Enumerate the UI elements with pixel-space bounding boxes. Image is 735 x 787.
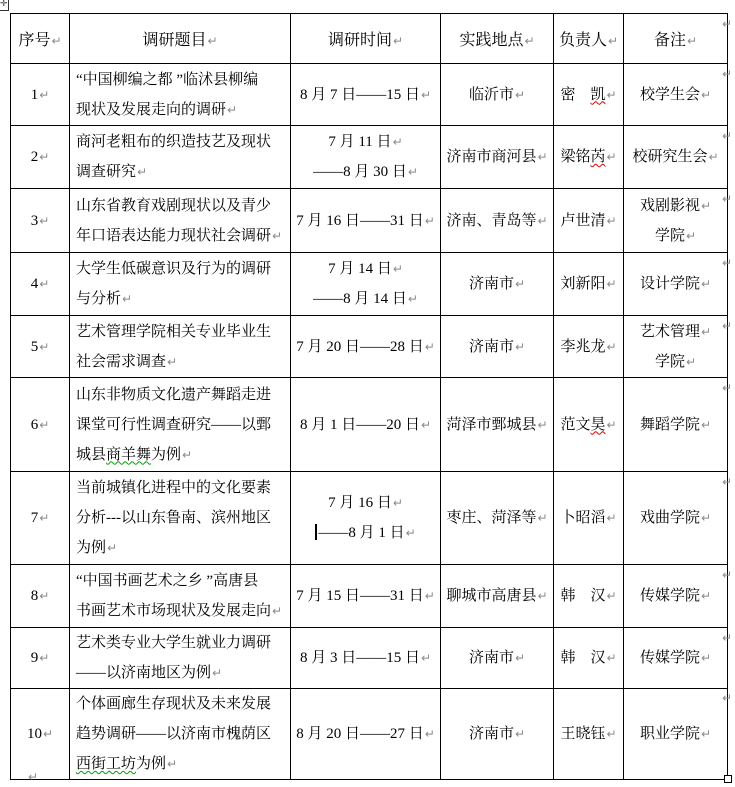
text-run: 艺术管理学院相关专业毕业生 xyxy=(76,324,271,340)
paragraph-mark-icon: ↵ xyxy=(606,277,616,291)
paragraph-mark-icon: ↵ xyxy=(701,651,711,665)
cell-num[interactable]: 8↵ xyxy=(11,565,70,628)
text-run: 当前城镇化进程中的文化要素 xyxy=(76,480,271,496)
table-resize-handle[interactable] xyxy=(724,775,732,783)
paragraph-mark-icon: ↵ xyxy=(515,651,525,665)
paragraph-mark-icon: ↵ xyxy=(701,277,711,291)
end-of-row-mark-icon: ↵ xyxy=(722,631,732,645)
paragraph-mark-icon: ↵ xyxy=(207,34,217,48)
text-run: 8 月 20 日——27 日 xyxy=(296,726,424,742)
header-cell-leader[interactable]: 负责人↵ xyxy=(554,14,624,64)
cell-place[interactable]: 济南市↵ xyxy=(441,628,554,689)
paragraph-mark-icon: ↵ xyxy=(408,292,418,306)
cell-note[interactable]: 戏曲学院↵ xyxy=(624,472,728,565)
paragraph-mark-icon: ↵ xyxy=(537,214,547,228)
cell-leader[interactable]: 范文昊↵ xyxy=(554,378,624,472)
paragraph-mark-icon: ↵ xyxy=(227,103,237,117)
table-row: 9↵艺术类专业大学生就业力调研——以济南地区为例↵8 月 3 日——15 日↵济… xyxy=(11,628,728,689)
text-run: 李兆龙 xyxy=(560,339,605,355)
paragraph-mark-icon: ↵ xyxy=(425,727,435,741)
cell-num[interactable]: 4↵ xyxy=(11,253,70,316)
header-row: 序号↵ 调研题目↵ 调研时间↵ 实践地点↵ 负责人↵ 备注↵ xyxy=(11,14,728,64)
cell-note[interactable]: 艺术管理↵学院↵ xyxy=(624,316,728,378)
text-run: 临沂市 xyxy=(469,87,514,103)
paragraph-mark-icon: ↵ xyxy=(425,589,435,603)
text-run: 7 月 14 日 xyxy=(328,261,392,277)
move-handle-glyph: ✛ xyxy=(0,0,8,9)
text-run: “中国柳编之都 ”临沭县柳编 xyxy=(76,72,258,88)
paragraph-mark-icon: ↵ xyxy=(39,589,49,603)
text-run: 济南市 xyxy=(469,650,514,666)
paragraph-mark-icon: ↵ xyxy=(39,214,49,228)
text-run: 卜昭滔 xyxy=(560,510,605,526)
table-row: 5↵艺术管理学院相关专业毕业生社会需求调查↵7 月 20 日——28 日↵济南市… xyxy=(11,316,728,378)
end-of-row-mark-icon: ↵ xyxy=(722,691,732,705)
paragraph-mark-icon: ↵ xyxy=(43,727,53,741)
text-run: 8 月 1 日——20 日 xyxy=(300,417,420,433)
cell-leader[interactable]: 王晓钰↵ xyxy=(554,689,624,780)
text-run: 艺术类专业大学生就业力调研 xyxy=(76,635,271,651)
cell-title[interactable]: 当前城镇化进程中的文化要素分析---以山东鲁南、滨州地区为例↵ xyxy=(70,472,291,565)
cell-note[interactable]: 戏剧影视↵学院↵ xyxy=(624,189,728,253)
paragraph-mark-icon: ↵ xyxy=(686,355,696,369)
text-run: 商河老粗布的织造技艺及现状 xyxy=(76,134,271,150)
paragraph-mark-icon: ↵ xyxy=(122,292,132,306)
text-run: 王晓钰 xyxy=(560,726,605,742)
text-run: 范文 xyxy=(560,417,590,433)
text-run: 书画艺术市场现状及发展走向 xyxy=(76,603,271,619)
paragraph-mark-icon: ↵ xyxy=(537,418,547,432)
paragraph-mark-icon: ↵ xyxy=(515,88,525,102)
cell-time[interactable]: 8 月 20 日——27 日↵ xyxy=(291,689,441,780)
cell-place[interactable]: 济南市↵ xyxy=(441,253,554,316)
paragraph-mark-icon: ↵ xyxy=(701,511,711,525)
text-run: ——8 月 1 日 xyxy=(318,525,404,541)
text-run: 个体画廊生存现状及未来发展 xyxy=(76,696,271,712)
cell-title[interactable]: 山东非物质文化遗产舞蹈走进课堂可行性调查研究——以鄄城县商羊舞为例↵ xyxy=(70,378,291,472)
table-row: 3↵山东省教育戏剧现状以及青少年口语表达能力现状社会调研↵7 月 16 日——3… xyxy=(11,189,728,253)
text-run: 社会需求调查 xyxy=(76,354,166,370)
paragraph-mark-icon: ↵ xyxy=(515,727,525,741)
paragraph-mark-icon: ↵ xyxy=(167,757,177,771)
paragraph-mark-icon: ↵ xyxy=(608,34,618,48)
paragraph-mark-icon: ↵ xyxy=(107,541,117,555)
paragraph-mark-icon: ↵ xyxy=(421,88,431,102)
paragraph-mark-icon: ↵ xyxy=(167,355,177,369)
text-run: 芮 xyxy=(590,149,605,165)
text-run: 昊 xyxy=(590,417,605,433)
paragraph-mark-icon: ↵ xyxy=(537,511,547,525)
table-row: 7↵当前城镇化进程中的文化要素分析---以山东鲁南、滨州地区为例↵7 月 16 … xyxy=(11,472,728,565)
header-cell-title[interactable]: 调研题目↵ xyxy=(70,14,291,64)
cell-place[interactable]: 临沂市↵ xyxy=(441,64,554,126)
text-run: 舞蹈学院 xyxy=(640,417,700,433)
header-label: 实践地点 xyxy=(459,32,523,49)
cell-time[interactable]: 8 月 1 日——20 日↵ xyxy=(291,378,441,472)
cell-leader[interactable]: 韩 汉↵ xyxy=(554,565,624,628)
text-run: 分析---以山东鲁南、滨州地区 xyxy=(76,510,271,526)
text-run: 7 xyxy=(31,510,39,526)
header-cell-num[interactable]: 序号↵ xyxy=(11,14,70,64)
text-run: 7 月 20 日——28 日 xyxy=(296,339,424,355)
cell-note[interactable]: 舞蹈学院↵ xyxy=(624,378,728,472)
header-cell-place[interactable]: 实践地点↵ xyxy=(441,14,554,64)
end-of-row-mark-icon: ↵ xyxy=(722,67,732,81)
text-run: 梁铭 xyxy=(560,149,590,165)
end-of-row-mark-icon: ↵ xyxy=(722,475,732,489)
text-run: 传媒学院 xyxy=(640,650,700,666)
text-run: 7 月 11 日 xyxy=(328,134,391,150)
text-run: 8 月 3 日——15 日 xyxy=(300,650,420,666)
text-run: 济南市 xyxy=(469,339,514,355)
text-run: 校学生会 xyxy=(640,87,700,103)
table-row: 10↵个体画廊生存现状及未来发展趋势调研——以济南市槐荫区西街工坊为例↵8 月 … xyxy=(11,689,728,780)
paragraph-mark-icon: ↵ xyxy=(701,727,711,741)
cell-num[interactable]: 6↵ xyxy=(11,378,70,472)
text-run: 城县 xyxy=(76,447,106,463)
cell-leader[interactable]: 密 凯↵ xyxy=(554,64,624,126)
paragraph-mark-icon: ↵ xyxy=(272,229,282,243)
text-run: 济南、青岛等 xyxy=(446,213,536,229)
paragraph-mark-icon: ↵ xyxy=(425,340,435,354)
cell-leader[interactable]: 李兆龙↵ xyxy=(554,316,624,378)
table-row: 4↵大学生低碳意识及行为的调研与分析↵7 月 14 日↵——8 月 14 日↵济… xyxy=(11,253,728,316)
text-run: 密 xyxy=(560,87,590,103)
cell-num[interactable]: 9↵ xyxy=(11,628,70,689)
cell-time[interactable]: 7 月 15 日——31 日↵ xyxy=(291,565,441,628)
paragraph-mark-icon: ↵ xyxy=(606,511,616,525)
cell-place[interactable]: 聊城市高唐县↵ xyxy=(441,565,554,628)
text-run: 大学生低碳意识及行为的调研 xyxy=(76,261,271,277)
cell-title[interactable]: “中国柳编之都 ”临沭县柳编现状及发展走向的调研↵ xyxy=(70,64,291,126)
text-run: 课堂可行性调查研究——以鄄 xyxy=(76,417,271,433)
paragraph-mark-icon: ↵ xyxy=(606,727,616,741)
cell-leader[interactable]: 梁铭芮↵ xyxy=(554,126,624,189)
cell-note[interactable]: 校学生会↵ xyxy=(624,64,728,126)
cell-title[interactable]: 艺术管理学院相关专业毕业生社会需求调查↵ xyxy=(70,316,291,378)
cell-time[interactable]: 7 月 14 日↵——8 月 14 日↵ xyxy=(291,253,441,316)
research-schedule-table: 序号↵ 调研题目↵ 调研时间↵ 实践地点↵ 负责人↵ 备注↵ 1↵“中国柳编之都… xyxy=(10,13,728,780)
text-run: 韩 汉 xyxy=(560,650,605,666)
text-run: 2 xyxy=(31,149,39,165)
paragraph-mark-icon: ↵ xyxy=(606,214,616,228)
cell-time[interactable]: 7 月 20 日——28 日↵ xyxy=(291,316,441,378)
text-run: 商羊舞 xyxy=(106,447,151,463)
paragraph-mark-icon: ↵ xyxy=(39,277,49,291)
text-run: 山东非物质文化遗产舞蹈走进 xyxy=(76,387,271,403)
text-run: 职业学院 xyxy=(640,726,700,742)
cell-num[interactable]: 1↵ xyxy=(11,64,70,126)
table-row: 6↵山东非物质文化遗产舞蹈走进课堂可行性调查研究——以鄄城县商羊舞为例↵8 月 … xyxy=(11,378,728,472)
end-of-row-mark-icon: ↵ xyxy=(722,192,732,206)
paragraph-mark-icon: ↵ xyxy=(606,340,616,354)
paragraph-mark-icon: ↵ xyxy=(393,34,403,48)
text-run: 济南市 xyxy=(469,276,514,292)
text-run: 为例 xyxy=(151,447,181,463)
text-run: 3 xyxy=(31,213,39,229)
text-run: 学院 xyxy=(655,354,685,370)
header-label: 调研时间 xyxy=(328,32,392,49)
paragraph-mark-icon: ↵ xyxy=(393,135,403,149)
text-run: 卢世清 xyxy=(560,213,605,229)
cell-place[interactable]: 济南市↵ xyxy=(441,316,554,378)
paragraph-mark-icon: ↵ xyxy=(406,526,416,540)
paragraph-mark-icon: ↵ xyxy=(537,150,547,164)
text-run: 10 xyxy=(27,726,42,742)
text-run: 枣庄、菏泽等 xyxy=(446,510,536,526)
cell-title[interactable]: 艺术类专业大学生就业力调研——以济南地区为例↵ xyxy=(70,628,291,689)
text-run: 聊城市高唐县 xyxy=(446,588,536,604)
cell-note[interactable]: 校研究生会↵ xyxy=(624,126,728,189)
paragraph-mark-icon: ↵ xyxy=(515,277,525,291)
paragraph-mark-icon: ↵ xyxy=(606,418,616,432)
paragraph-mark-icon: ↵ xyxy=(421,651,431,665)
cell-title[interactable]: 个体画廊生存现状及未来发展趋势调研——以济南市槐荫区西街工坊为例↵ xyxy=(70,689,291,780)
paragraph-mark-icon: ↵ xyxy=(39,340,49,354)
cell-num[interactable]: 5↵ xyxy=(11,316,70,378)
table-row: 8↵“中国书画艺术之乡 ”高唐县书画艺术市场现状及发展走向↵7 月 15 日——… xyxy=(11,565,728,628)
text-run: ——8 月 14 日 xyxy=(313,291,407,307)
paragraph-mark-icon: ↵ xyxy=(708,150,718,164)
paragraph-mark-icon: ↵ xyxy=(701,418,711,432)
paragraph-mark-icon: ↵ xyxy=(606,150,616,164)
cell-note[interactable]: 传媒学院↵ xyxy=(624,628,728,689)
header-label: 调研题目 xyxy=(142,32,206,49)
text-run: 8 月 7 日——15 日 xyxy=(300,87,420,103)
cell-time[interactable]: 7 月 16 日↵——8 月 1 日↵ xyxy=(291,472,441,565)
text-run: 7 月 15 日——31 日 xyxy=(296,588,424,604)
text-run: 1 xyxy=(31,87,39,103)
cell-title[interactable]: 商河老粗布的织造技艺及现状调查研究↵ xyxy=(70,126,291,189)
paragraph-mark-icon: ↵ xyxy=(393,262,403,276)
cell-note[interactable]: 传媒学院↵ xyxy=(624,565,728,628)
paragraph-mark-icon: ↵ xyxy=(39,511,49,525)
cell-title[interactable]: 山东省教育戏剧现状以及青少年口语表达能力现状社会调研↵ xyxy=(70,189,291,253)
paragraph-mark-icon: ↵ xyxy=(393,496,403,510)
cell-note[interactable]: 设计学院↵ xyxy=(624,253,728,316)
paragraph-mark-icon: ↵ xyxy=(701,589,711,603)
paragraph-mark-icon: ↵ xyxy=(701,325,711,339)
header-cell-note[interactable]: 备注↵ xyxy=(624,14,728,64)
end-of-row-mark-icon: ↵ xyxy=(722,129,732,143)
text-run: 为例 xyxy=(136,756,166,772)
text-run: 现状及发展走向的调研 xyxy=(76,102,226,118)
table-row: 1↵“中国柳编之都 ”临沭县柳编现状及发展走向的调研↵8 月 7 日——15 日… xyxy=(11,64,728,126)
cell-title[interactable]: “中国书画艺术之乡 ”高唐县书画艺术市场现状及发展走向↵ xyxy=(70,565,291,628)
cell-num[interactable]: 3↵ xyxy=(11,189,70,253)
text-run: 校研究生会 xyxy=(632,149,707,165)
cell-num[interactable]: 2↵ xyxy=(11,126,70,189)
paragraph-mark-icon: ↵ xyxy=(39,651,49,665)
cell-place[interactable]: 枣庄、菏泽等↵ xyxy=(441,472,554,565)
paragraph-mark-icon: ↵ xyxy=(39,150,49,164)
text-run: 5 xyxy=(31,339,39,355)
table-move-handle-icon[interactable]: ✛ xyxy=(0,0,9,11)
text-run: 设计学院 xyxy=(640,276,700,292)
after-table-paragraph-mark-icon: ↵ xyxy=(28,770,38,784)
cell-time[interactable]: 8 月 3 日——15 日↵ xyxy=(291,628,441,689)
paragraph-mark-icon: ↵ xyxy=(606,651,616,665)
end-of-row-mark-icon: ↵ xyxy=(722,381,732,395)
cell-leader[interactable]: 卢世清↵ xyxy=(554,189,624,253)
text-run: 与分析 xyxy=(76,291,121,307)
paragraph-mark-icon: ↵ xyxy=(687,34,697,48)
text-run: 7 月 16 日——31 日 xyxy=(296,213,424,229)
cell-num[interactable]: 7↵ xyxy=(11,472,70,565)
header-label: 负责人 xyxy=(559,32,607,49)
text-run: “中国书画艺术之乡 ”高唐县 xyxy=(76,573,258,589)
text-run: 趋势调研——以济南市槐荫区 xyxy=(76,726,271,742)
text-run: 传媒学院 xyxy=(640,588,700,604)
end-of-row-mark-icon: ↵ xyxy=(722,256,732,270)
text-run: 8 xyxy=(31,588,39,604)
text-run: ——以济南地区为例 xyxy=(76,665,211,681)
text-run: 济南市商河县 xyxy=(446,149,536,165)
text-run: 4 xyxy=(31,276,39,292)
text-run: 西街工坊 xyxy=(76,756,136,772)
header-label: 序号 xyxy=(18,32,50,49)
paragraph-mark-icon: ↵ xyxy=(137,165,147,179)
paragraph-mark-icon: ↵ xyxy=(182,448,192,462)
paragraph-mark-icon: ↵ xyxy=(606,88,616,102)
cell-leader[interactable]: 卜昭滔↵ xyxy=(554,472,624,565)
paragraph-mark-icon: ↵ xyxy=(537,589,547,603)
cell-place[interactable]: 济南市商河县↵ xyxy=(441,126,554,189)
text-run: 6 xyxy=(31,417,39,433)
paragraph-mark-icon: ↵ xyxy=(212,666,222,680)
paragraph-mark-icon: ↵ xyxy=(39,88,49,102)
cell-leader[interactable]: 刘新阳↵ xyxy=(554,253,624,316)
cell-place[interactable]: 济南市↵ xyxy=(441,689,554,780)
paragraph-mark-icon: ↵ xyxy=(421,418,431,432)
table-row: 2↵商河老粗布的织造技艺及现状调查研究↵7 月 11 日↵——8 月 30 日↵… xyxy=(11,126,728,189)
text-run: 调查研究 xyxy=(76,164,136,180)
text-run: 7 月 16 日 xyxy=(328,495,392,511)
text-run: 山东省教育戏剧现状以及青少 xyxy=(76,198,271,214)
paragraph-mark-icon: ↵ xyxy=(686,229,696,243)
text-run: 9 xyxy=(31,650,39,666)
paragraph-mark-icon: ↵ xyxy=(701,199,711,213)
paragraph-mark-icon: ↵ xyxy=(39,418,49,432)
paragraph-mark-icon: ↵ xyxy=(524,34,534,48)
text-run: 凯 xyxy=(590,87,605,103)
paragraph-mark-icon: ↵ xyxy=(515,340,525,354)
end-of-row-mark-icon: ↵ xyxy=(722,17,732,31)
cell-num[interactable]: 10↵ xyxy=(11,689,70,780)
cell-title[interactable]: 大学生低碳意识及行为的调研与分析↵ xyxy=(70,253,291,316)
paragraph-mark-icon: ↵ xyxy=(408,165,418,179)
cell-note[interactable]: 职业学院↵ xyxy=(624,689,728,780)
text-run: 为例 xyxy=(76,540,106,556)
text-run: 戏曲学院 xyxy=(640,510,700,526)
text-run: 刘新阳 xyxy=(560,276,605,292)
paragraph-mark-icon: ↵ xyxy=(701,88,711,102)
cell-place[interactable]: 济南、青岛等↵ xyxy=(441,189,554,253)
text-run: 学院 xyxy=(655,228,685,244)
header-cell-time[interactable]: 调研时间↵ xyxy=(291,14,441,64)
document-page: ✛ 序号↵ 调研题目↵ 调研时间↵ 实践地点↵ 负责人↵ 备注↵ 1↵“中国柳编… xyxy=(0,0,735,787)
end-of-row-mark-icon: ↵ xyxy=(722,568,732,582)
text-run: 年口语表达能力现状社会调研 xyxy=(76,228,271,244)
cell-time[interactable]: 7 月 11 日↵——8 月 30 日↵ xyxy=(291,126,441,189)
text-run: 戏剧影视 xyxy=(640,198,700,214)
text-run: 韩 汉 xyxy=(560,588,605,604)
text-run: ——8 月 30 日 xyxy=(313,164,407,180)
end-of-row-mark-icon: ↵ xyxy=(722,319,732,333)
cell-time[interactable]: 8 月 7 日——15 日↵ xyxy=(291,64,441,126)
cell-time[interactable]: 7 月 16 日——31 日↵ xyxy=(291,189,441,253)
paragraph-mark-icon: ↵ xyxy=(272,604,282,618)
paragraph-mark-icon: ↵ xyxy=(606,589,616,603)
text-run: 菏泽市鄄城县 xyxy=(446,417,536,433)
text-run: 艺术管理 xyxy=(640,324,700,340)
text-run: 济南市 xyxy=(469,726,514,742)
paragraph-mark-icon: ↵ xyxy=(51,34,61,48)
cell-leader[interactable]: 韩 汉↵ xyxy=(554,628,624,689)
cell-place[interactable]: 菏泽市鄄城县↵ xyxy=(441,378,554,472)
paragraph-mark-icon: ↵ xyxy=(425,214,435,228)
header-label: 备注 xyxy=(654,32,686,49)
